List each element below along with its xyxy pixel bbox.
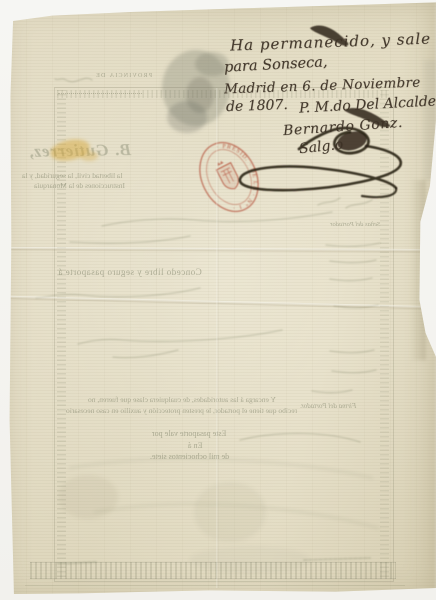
faint-smudges bbox=[58, 60, 436, 574]
stamp-shield bbox=[216, 163, 242, 193]
ink-seep-blot bbox=[162, 50, 230, 133]
red-wax-stamp: · PRESID. · DE LA · Nº 1 · bbox=[189, 133, 270, 222]
yellow-stain bbox=[48, 136, 98, 164]
fold-crease-vertical bbox=[216, 88, 219, 588]
paper-sheet: provincia de B. Gutierrez, la libertad c… bbox=[0, 0, 436, 600]
scanned-document: provincia de B. Gutierrez, la libertad c… bbox=[0, 0, 436, 600]
handwriting-line-4: de 1807. bbox=[226, 97, 288, 115]
